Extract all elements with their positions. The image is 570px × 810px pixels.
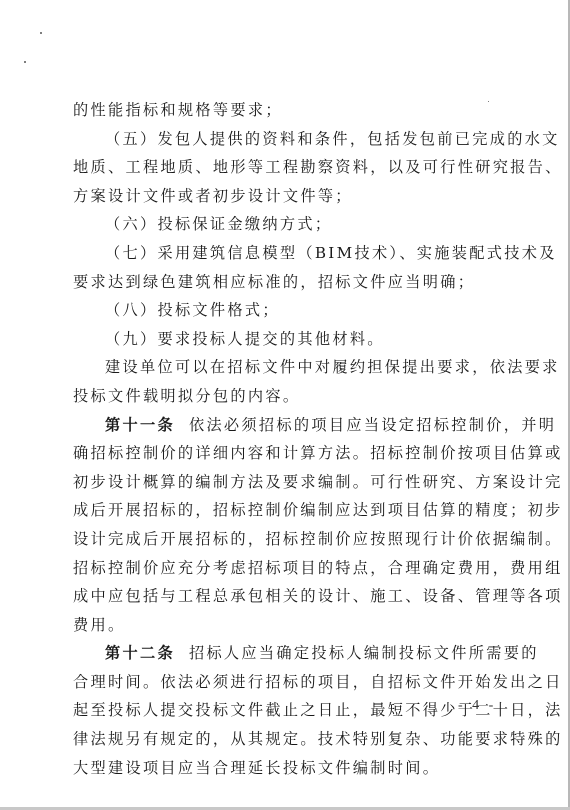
text-line: 大型建设项目应当合理延长投标文件编制时间。	[73, 754, 505, 783]
document-body: 的性能指标和规格等要求； （五）发包人提供的资料和条件，包括发包前已完成的水文 …	[73, 96, 505, 782]
text-line: （八）投标文件格式；	[73, 296, 505, 325]
article-12-line: 第十二条招标人应当确定投标人编制投标文件所需要的	[73, 639, 505, 668]
text-line: 的性能指标和规格等要求；	[73, 96, 505, 125]
text-line: 投标文件载明拟分包的内容。	[73, 382, 505, 411]
text-line: 费用。	[73, 611, 505, 640]
text-line: （七）采用建筑信息模型（BIM技术）、实施装配式技术及	[73, 239, 505, 268]
scan-speck	[24, 61, 26, 63]
text-line: 初步设计概算的编制方法及要求编制。可行性研究、方案设计完	[73, 468, 505, 497]
text-line: 成中应包括与工程总承包相关的设计、施工、设备、管理等各项	[73, 582, 505, 611]
text-line: （六）投标保证金缴纳方式；	[73, 210, 505, 239]
article-text: 招标人应当确定投标人编制投标文件所需要的	[189, 644, 539, 662]
text-line: 建设单位可以在招标文件中对履约担保提出要求，依法要求	[73, 353, 505, 382]
text-line: 招标控制价应充分考虑招标项目的特点，合理确定费用，费用组	[73, 554, 505, 583]
text-line: （九）要求投标人提交的其他材料。	[73, 325, 505, 354]
text-line: 方案设计文件或者初步设计文件等；	[73, 182, 505, 211]
text-line: 确招标控制价的详细内容和计算方法。招标控制价按项目估算或	[73, 439, 505, 468]
text-line: 成后开展招标的，招标控制价编制应达到项目估算的精度；初步	[73, 496, 505, 525]
text-line: 设计完成后开展招标的，招标控制价应按照现行计价依据编制。	[73, 525, 505, 554]
article-title: 第十二条	[105, 644, 175, 662]
article-text: 依法必须招标的项目应当设定招标控制价，并明	[189, 416, 556, 434]
article-11-line: 第十一条依法必须招标的项目应当设定招标控制价，并明	[73, 411, 505, 440]
scan-speck	[40, 32, 42, 34]
text-line: 合理时间。依法必须进行招标的项目，自招标文件开始发出之日	[73, 668, 505, 697]
text-line: （五）发包人提供的资料和条件，包括发包前已完成的水文	[73, 125, 505, 154]
article-title: 第十一条	[105, 416, 175, 434]
text-line: 要求达到绿色建筑相应标准的，招标文件应当明确；	[73, 268, 505, 297]
text-line: 起至投标人提交投标文件截止之日止，最短不得少于二十日，法	[73, 696, 505, 725]
text-line: 地质、工程地质、地形等工程勘察资料，以及可行性研究报告、	[73, 153, 505, 182]
text-line: 律法规另有规定的，从其规定。技术特别复杂、功能要求特殊的	[73, 725, 505, 754]
page-number: - 4 -	[458, 698, 496, 714]
